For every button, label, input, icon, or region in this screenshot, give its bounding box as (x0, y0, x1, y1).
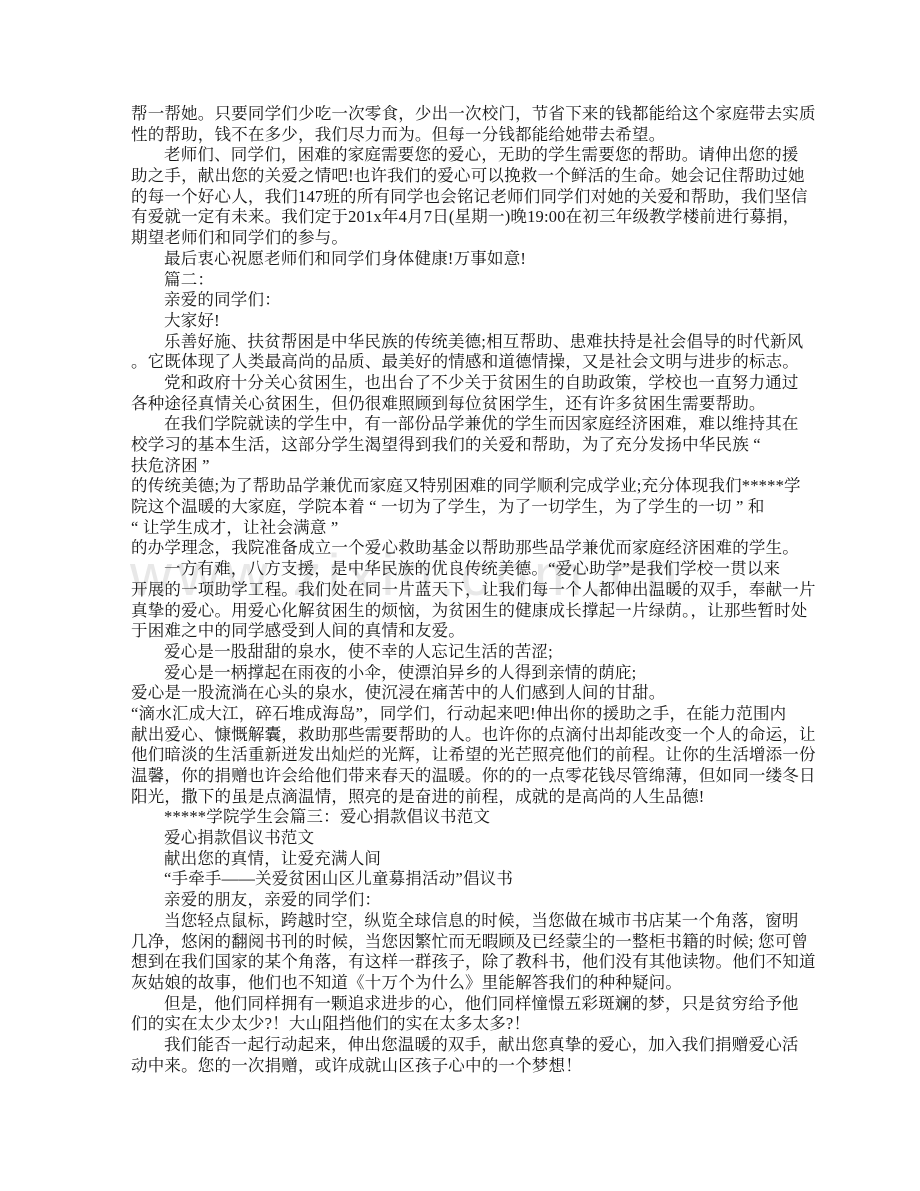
text-line: 几净，悠闲的翻阅书刊的时候，当您因繁忙而无暇顾及已经蒙尘的一整柜书籍的时候; 您… (131, 932, 843, 953)
text-line: “手牵手——关爱贫困山区儿童募捐活动”倡议书 (131, 869, 843, 890)
text-line: 真挚的爱心。用爱心化解贫困生的烦恼，为贫困生的健康成长撑起一片绿荫。，让那些暂时… (131, 601, 843, 622)
text-line: 爱心是一股流淌在心头的泉水，使沉浸在痛苦中的人们感到人间的甘甜。 (131, 683, 843, 704)
text-line: 篇二： (131, 270, 843, 291)
text-line: 的传统美德;为了帮助品学兼优而家庭又特别困难的同学顺利完成学业;充分体现我们**… (131, 476, 843, 497)
text-line: 亲爱的朋友，亲爱的同学们： (131, 890, 843, 911)
text-line: 温馨，你的捐赠也许会给他们带来春天的温暖。你的的一点零花钱尽管绵薄，但如同一缕冬… (131, 766, 843, 787)
text-line: 帮一帮她。只要同学们少吃一次零食，少出一次校门，节省下来的钱都能给这个家庭带去实… (131, 104, 843, 125)
text-line: 扶危济困 ” (131, 456, 843, 477)
text-line: 在我们学院就读的学生中，有一部份品学兼优的学生而因家庭经济困难，难以维持其在 (131, 414, 843, 435)
text-line: 党和政府十分关心贫困生，也出台了不少关于贫困生的自助政策，学校也一直努力通过 (131, 373, 843, 394)
text-line: 乐善好施、扶贫帮困是中华民族的传统美德;相互帮助、患难扶持是社会倡导的时代新风 (131, 332, 843, 353)
text-line: 性的帮助，钱不在多少，我们尽力而为。但每一分钱都能给她带去希望。 (131, 125, 843, 146)
text-line: 灰姑娘的故事，他们也不知道《十万个为什么》里能解答我们的种种疑问。 (131, 973, 843, 994)
text-line: 动中来。您的一次捐赠，或许成就山区孩子心中的一个梦想！ (131, 1056, 843, 1077)
text-line: 阳光，撒下的虽是点滴温情，照亮的是奋进的前程，成就的是高尚的人生品德! (131, 787, 843, 808)
text-line: 各种途径真情关心贫困生，但仍很难照顾到每位贫困学生，还有许多贫困生需要帮助。 (131, 394, 843, 415)
text-line: 最后衷心祝愿老师们和同学们身体健康!万事如意! (131, 249, 843, 270)
text-line: 但是，他们同样拥有一颗追求进步的心，他们同样憧憬五彩斑斓的梦，只是贫穷给予他 (131, 994, 843, 1015)
text-line: 当您轻点鼠标，跨越时空，纵览全球信息的时候，当您做在城市书店某一个角落，窗明 (131, 911, 843, 932)
text-line: 。它既体现了人类最高尚的品质、最美好的情感和道德情操，又是社会文明与进步的标志。 (131, 352, 843, 373)
text-line: 想到在我们国家的某个角落，有这样一群孩子，除了教科书，他们没有其他读物。他们不知… (131, 952, 843, 973)
document-page: www.zixin.com.cn 帮一帮她。只要同学们少吃一次零食，少出一次校门… (0, 0, 920, 1191)
document-body: 帮一帮她。只要同学们少吃一次零食，少出一次校门，节省下来的钱都能给这个家庭带去实… (131, 104, 843, 1076)
text-line: 我们能否一起行动起来，伸出您温暖的双手，献出您真挚的爱心，加入我们捐赠爱心活 (131, 1035, 843, 1056)
text-line: 校学习的基本生活，这部分学生渴望得到我们的关爱和帮助，为了充分发扬中华民族 “ (131, 435, 843, 456)
text-line: 院这个温暖的大家庭，学院本着 “ 一切为了学生，为了一切学生，为了学生的一切 ”… (131, 497, 843, 518)
text-line: 他们暗淡的生活重新迸发出灿烂的光辉，让希望的光芒照亮他们的前程。让你的生活增添一… (131, 745, 843, 766)
text-line: 于困难之中的同学感受到人间的真情和友爱。 (131, 621, 843, 642)
text-line: “滴水汇成大江，碎石堆成海岛”，同学们，行动起来吧!伸出你的援助之手，在能力范围… (131, 704, 843, 725)
text-line: 爱心是一股甜甜的泉水，使不幸的人忘记生活的苦涩; (131, 642, 843, 663)
text-line: 献出爱心、慷慨解囊，救助那些需要帮助的人。也许你的点滴付出却能改变一个人的命运，… (131, 725, 843, 746)
text-line: 的办学理念，我院准备成立一个爱心救助基金以帮助那些品学兼优而家庭经济困难的学生。 (131, 538, 843, 559)
text-line: 爱心捐款倡议书范文 (131, 828, 843, 849)
text-line: 献出您的真情，让爱充满人间 (131, 849, 843, 870)
text-line: 期望老师们和同学们的参与。 (131, 228, 843, 249)
text-line: 的每一个好心人，我们147班的所有同学也会铭记老师们同学们对她的关爱和帮助，我们… (131, 187, 843, 208)
text-line: 助之手，献出您的关爱之情吧!也许我们的爱心可以挽救一个鲜活的生命。她会记住帮助过… (131, 166, 843, 187)
text-line: 亲爱的同学们： (131, 290, 843, 311)
text-line: 开展的一项助学工程。我们处在同一片蓝天下，让我们每一个人都伸出温暖的双手，奉献一… (131, 580, 843, 601)
text-line: 老师们、同学们，困难的家庭需要您的爱心，无助的学生需要您的帮助。请伸出您的援 (131, 145, 843, 166)
text-line: 爱心是一柄撑起在雨夜的小伞，使漂泊异乡的人得到亲情的荫庇; (131, 663, 843, 684)
text-line: 有爱就一定有未来。我们定于201x年4月7日(星期一)晚19:00在初三年级教学… (131, 207, 843, 228)
text-line: *****学院学生会篇三：爱心捐款倡议书范文 (131, 807, 843, 828)
text-line: 们的实在太少太少?！大山阻挡他们的实在太多太多?！ (131, 1014, 843, 1035)
text-line: 大家好! (131, 311, 843, 332)
text-line: 一方有难，八方支援，是中华民族的优良传统美德。“爱心助学”是我们学校一贯以来 (131, 559, 843, 580)
text-line: “ 让学生成才，让社会满意 ” (131, 518, 843, 539)
